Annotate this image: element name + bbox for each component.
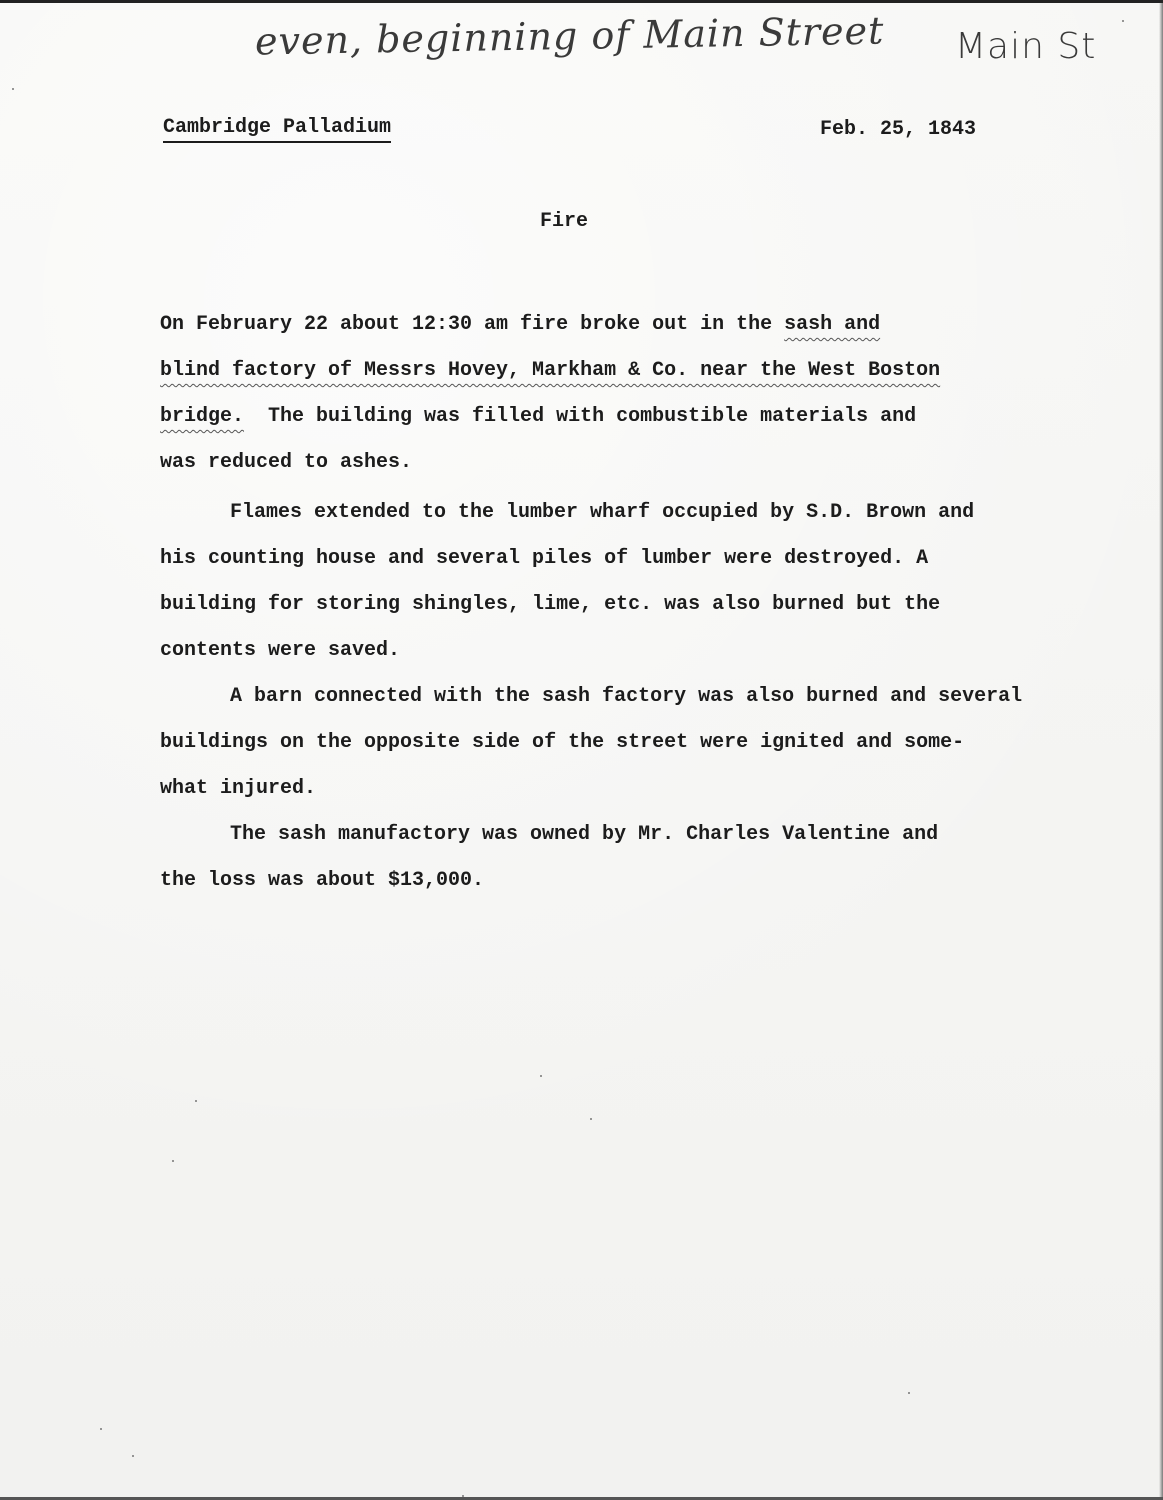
text-line: blind factory of Messrs Hovey, Markham &…: [160, 348, 940, 394]
text-run: Flames extended to the lumber wharf occu…: [230, 501, 974, 524]
article-paragraph: Flames extended to the lumber wharf occu…: [160, 490, 974, 674]
handwritten-underline-text: sash and: [784, 313, 880, 336]
text-run: buildings on the opposite side of the st…: [160, 731, 964, 754]
scan-speck: [132, 1455, 134, 1457]
text-line: building for storing shingles, lime, etc…: [160, 582, 974, 628]
scan-speck: [172, 1160, 174, 1162]
text-line: contents were saved.: [160, 628, 974, 674]
scan-speck: [462, 1495, 464, 1497]
text-run: building for storing shingles, lime, etc…: [160, 593, 940, 616]
text-run: A barn connected with the sash factory w…: [230, 685, 1022, 708]
handwritten-note-right: Main St: [955, 26, 1096, 67]
text-line: bridge. The building was filled with com…: [160, 394, 940, 440]
scan-right-edge: [1159, 0, 1163, 1500]
text-run: what injured.: [160, 777, 316, 800]
article-title: Fire: [540, 210, 588, 234]
scan-speck: [12, 88, 14, 90]
text-line: the loss was about $13,000.: [160, 858, 938, 904]
article-paragraph: A barn connected with the sash factory w…: [160, 674, 1022, 812]
scan-speck: [908, 1392, 910, 1394]
text-line: was reduced to ashes.: [160, 440, 940, 486]
text-run: On February 22 about 12:30 am fire broke…: [160, 313, 784, 336]
scan-speck: [195, 1100, 197, 1102]
handwritten-underline-text: blind factory of Messrs Hovey, Markham &…: [160, 359, 940, 382]
scan-speck: [540, 1075, 542, 1077]
handwritten-note-left: even, beginning of Main Street: [255, 9, 885, 64]
scan-speck: [1122, 20, 1124, 22]
scan-speck: [590, 1118, 592, 1120]
publication-name: Cambridge Palladium: [163, 116, 391, 143]
publication-date: Feb. 25, 1843: [820, 118, 976, 142]
handwritten-underline-text: bridge.: [160, 405, 244, 428]
text-run: contents were saved.: [160, 639, 400, 662]
text-run: the loss was about $13,000.: [160, 869, 484, 892]
document-page: even, beginning of Main Street Main St C…: [0, 0, 1163, 1500]
text-line: buildings on the opposite side of the st…: [160, 720, 1022, 766]
text-run: his counting house and several piles of …: [160, 547, 928, 570]
text-line: A barn connected with the sash factory w…: [160, 674, 1022, 720]
text-run: was reduced to ashes.: [160, 451, 412, 474]
text-line: his counting house and several piles of …: [160, 536, 974, 582]
text-line: On February 22 about 12:30 am fire broke…: [160, 302, 940, 348]
text-run: The sash manufactory was owned by Mr. Ch…: [230, 823, 938, 846]
text-run: The building was filled with combustible…: [244, 405, 916, 428]
text-line: Flames extended to the lumber wharf occu…: [160, 490, 974, 536]
scan-top-edge: [0, 0, 1163, 3]
text-line: what injured.: [160, 766, 1022, 812]
scan-speck: [100, 1428, 102, 1430]
text-line: The sash manufactory was owned by Mr. Ch…: [160, 812, 938, 858]
article-paragraph: The sash manufactory was owned by Mr. Ch…: [160, 812, 938, 904]
article-paragraph: On February 22 about 12:30 am fire broke…: [160, 302, 940, 486]
